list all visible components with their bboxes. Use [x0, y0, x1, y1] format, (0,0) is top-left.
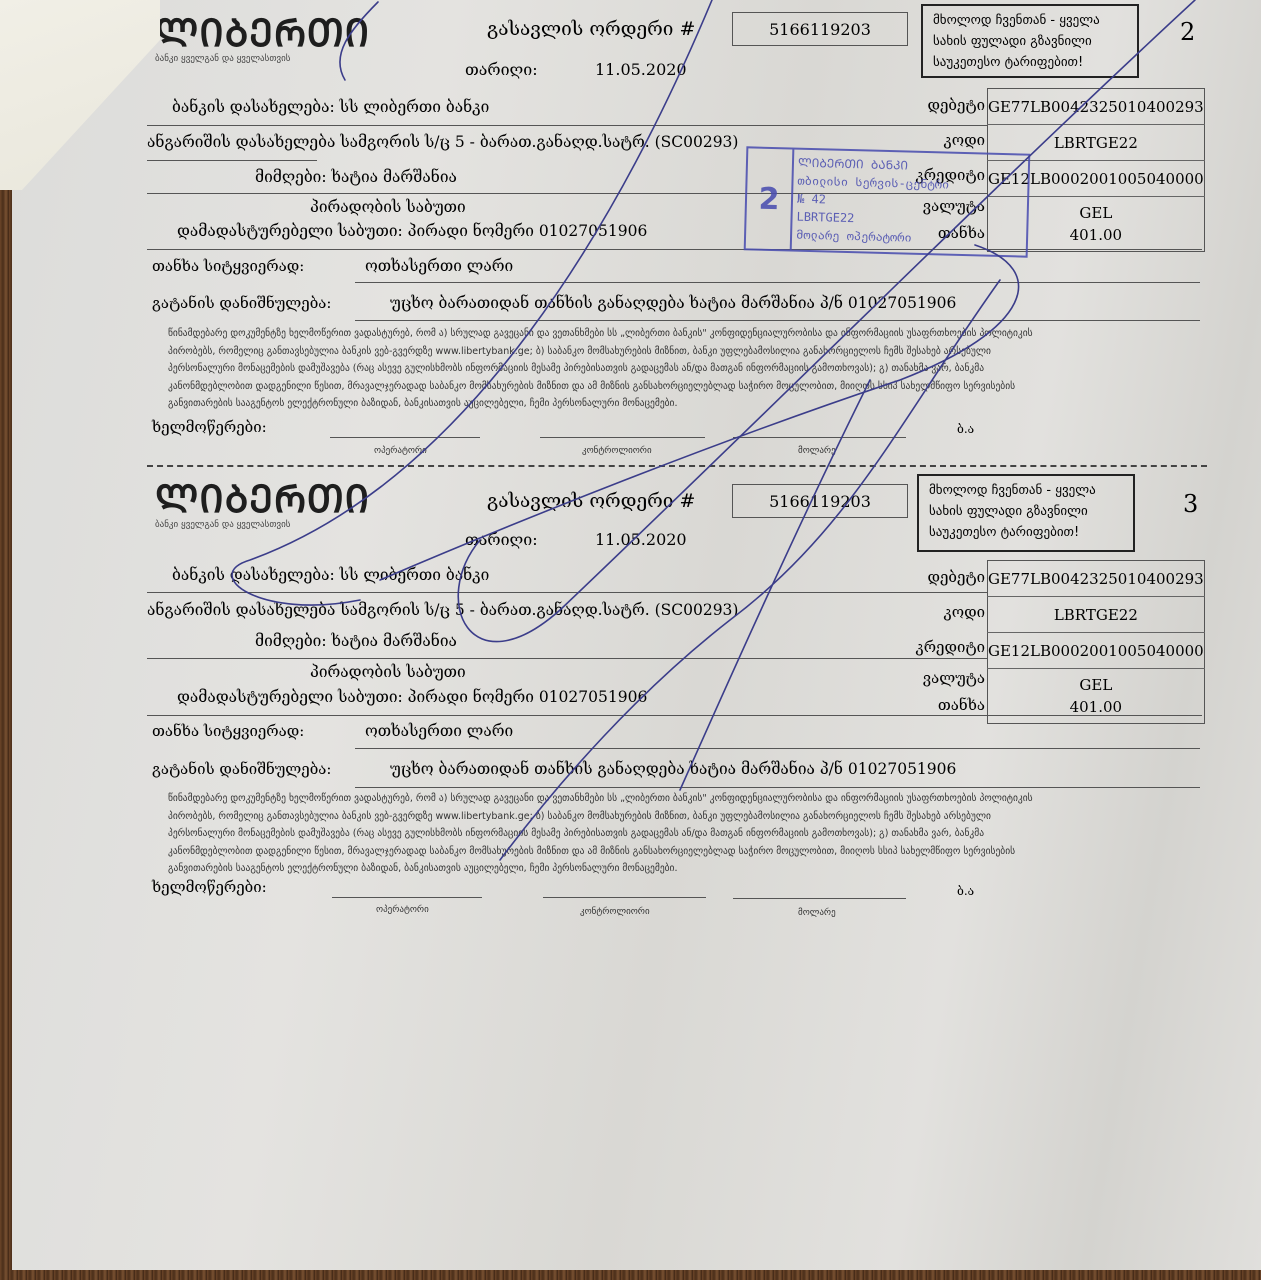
- date-label: თარიღი:: [465, 530, 538, 549]
- order-title: გასავლის ორდერი #: [487, 490, 695, 512]
- promo-line: სახის ფულადი გზავნილი: [929, 501, 1133, 522]
- divider: [355, 320, 1200, 321]
- disclaimer-line: წინამდებარე დოკუმენტზე ხელმოწერით ვადასტ…: [168, 325, 1228, 343]
- bank-name: ბანკის დასახელება: სს ლიბერთი ბანკი: [172, 98, 489, 116]
- bank-logo: ᲚᲘᲑᲔᲠᲗᲘ ბანკი ყველგან და ყველასთვის: [155, 14, 370, 64]
- disclaimer-line: კანონმდებლობით დადგენილი წესით, მრავალჯე…: [168, 378, 1228, 396]
- logo-wordmark: ᲚᲘᲑᲔᲠᲗᲘ: [155, 14, 370, 52]
- order-number: 5166119203: [732, 484, 908, 518]
- signature-line: [330, 437, 480, 438]
- amount-words-label: თანხა სიტყვიერად:: [152, 722, 304, 740]
- divider: [355, 282, 1200, 283]
- debit-value: GE77LB0042325010400293: [988, 89, 1205, 125]
- copy-number: 2: [1180, 18, 1195, 46]
- copy-number: 3: [1183, 490, 1198, 518]
- disclaimer-line: კანონმდებლობით დადგენილი წესით, მრავალჯე…: [168, 843, 1228, 861]
- cut-line: [147, 465, 1207, 467]
- signature-line: [733, 437, 906, 438]
- role-controller: კონტროლიორი: [582, 446, 652, 456]
- code-label: კოდი: [785, 595, 985, 630]
- disclaimer-line: განვითარების სააგენტოს ელექტრონული ბაზიდ…: [168, 395, 1228, 413]
- amount-label: თანხა: [785, 692, 985, 719]
- id-doc-title: პირადობის საბუთი: [310, 663, 466, 681]
- receiver: მიმღები: ხატია მარშანია: [255, 168, 457, 186]
- order-number: 5166119203: [732, 12, 908, 46]
- logo-tagline: ბანკი ყველგან და ყველასთვის: [155, 54, 370, 64]
- promo-box: მხოლოდ ჩვენთან - ყველა სახის ფულადი გზავ…: [921, 4, 1139, 78]
- credit-value: GE12LB0002001005040000: [988, 633, 1205, 669]
- id-doc: დამადასტურებელი საბუთი: პირადი ნომერი 01…: [177, 688, 647, 706]
- bank-stamp: 2 ᲚᲘᲑᲔᲠᲗᲘ ᲑᲐᲜᲙᲘ თბილისი სერვის-ცენტრი № …: [744, 146, 1031, 257]
- currency-amount-cell: GEL 401.00: [988, 669, 1205, 724]
- purpose-label: გატანის დანიშნულება:: [152, 760, 331, 778]
- signature-line: [540, 437, 705, 438]
- disclaimer-line: პირობებს, რომელიც განთავსებულია ბანკის ვ…: [168, 808, 1228, 826]
- divider: [355, 748, 1200, 749]
- promo-line: საუკეთესო ტარიფებით!: [933, 52, 1137, 73]
- account-details-table: GE77LB0042325010400293 LBRTGE22 GE12LB00…: [987, 560, 1205, 724]
- logo-wordmark: ᲚᲘᲑᲔᲠᲗᲘ: [155, 480, 370, 518]
- disclaimer-line: წინამდებარე დოკუმენტზე ხელმოწერით ვადასტ…: [168, 790, 1228, 808]
- signature-line: [543, 897, 706, 898]
- disclaimer: წინამდებარე დოკუმენტზე ხელმოწერით ვადასტ…: [168, 790, 1228, 878]
- bank-logo: ᲚᲘᲑᲔᲠᲗᲘ ბანკი ყველგან და ყველასთვის: [155, 480, 370, 530]
- order-title: გასავლის ორდერი #: [487, 18, 695, 40]
- disclaimer-line: პერსონალური მონაცემების დამუშავება (რაც …: [168, 825, 1228, 843]
- credit-label: კრედიტი: [785, 630, 985, 665]
- account-name: ანგარიშის დასახელება სამგორის ს/ც 5 - ბა…: [147, 133, 738, 151]
- disclaimer-line: პერსონალური მონაცემების დამუშავება (რაც …: [168, 360, 1228, 378]
- amount-words: ოთხასერთი ლარი: [365, 257, 513, 275]
- account-name: ანგარიშის დასახელება სამგორის ს/ც 5 - ბა…: [147, 601, 738, 619]
- bank-name: ბანკის დასახელება: სს ლიბერთი ბანკი: [172, 566, 489, 584]
- date-label: თარიღი:: [465, 60, 538, 79]
- purpose: უცხო ბარათიდან თანხის განაღდება ხატია მა…: [390, 294, 956, 312]
- logo-tagline: ბანკი ყველგან და ყველასთვის: [155, 520, 370, 530]
- amount-words: ოთხასერთი ლარი: [365, 722, 513, 740]
- role-operator: ოპერატორი: [376, 905, 429, 915]
- promo-line: მხოლოდ ჩვენთან - ყველა: [933, 10, 1137, 31]
- disclaimer-line: განვითარების სააგენტოს ელექტრონული ბაზიდ…: [168, 860, 1228, 878]
- disclaimer: წინამდებარე დოკუმენტზე ხელმოწერით ვადასტ…: [168, 325, 1228, 413]
- stamp-line: მოლარე ოპერატორი: [796, 226, 948, 248]
- amount-value: 401.00: [988, 696, 1204, 718]
- debit-label: დებეტი: [785, 560, 985, 595]
- role-operator: ოპერატორი: [374, 446, 427, 456]
- stamp-number: 2: [746, 148, 795, 249]
- role-cashier: მოლარე: [798, 446, 836, 456]
- signatures-label: ხელმოწერები:: [152, 878, 267, 896]
- divider: [147, 160, 317, 161]
- id-doc: დამადასტურებელი საბუთი: პირადი ნომერი 01…: [177, 222, 647, 240]
- code-value: LBRTGE22: [988, 597, 1205, 633]
- stamp-text: ᲚᲘᲑᲔᲠᲗᲘ ᲑᲐᲜᲙᲘ თბილისი სერვის-ცენტრი № 42…: [796, 154, 950, 248]
- promo-line: საუკეთესო ტარიფებით!: [929, 522, 1133, 543]
- role-controller: კონტროლიორი: [580, 907, 650, 917]
- right-field-labels: დებეტი კოდი კრედიტი ვალუტა თანხა: [785, 560, 985, 719]
- currency-label: ვალუტა: [785, 665, 985, 692]
- promo-line: სახის ფულადი გზავნილი: [933, 31, 1137, 52]
- signature-line: [733, 898, 906, 899]
- seal-abbr: ბ.ა: [957, 884, 974, 898]
- currency-value: GEL: [988, 674, 1204, 696]
- amount-words-label: თანხა სიტყვიერად:: [152, 257, 304, 275]
- purpose-label: გატანის დანიშნულება:: [152, 294, 331, 312]
- date-value: 11.05.2020: [595, 530, 687, 549]
- signatures-label: ხელმოწერები:: [152, 418, 267, 436]
- seal-abbr: ბ.ა: [957, 422, 974, 436]
- disclaimer-line: პირობებს, რომელიც განთავსებულია ბანკის ვ…: [168, 343, 1228, 361]
- debit-label: დებეტი: [785, 88, 985, 123]
- purpose: უცხო ბარათიდან თანხის განაღდება ხატია მა…: [390, 760, 956, 778]
- receiver: მიმღები: ხატია მარშანია: [255, 632, 457, 650]
- signature-line: [332, 897, 482, 898]
- divider: [355, 787, 1200, 788]
- date-value: 11.05.2020: [595, 60, 687, 79]
- role-cashier: მოლარე: [798, 908, 836, 918]
- id-doc-title: პირადობის საბუთი: [310, 198, 466, 216]
- debit-value: GE77LB0042325010400293: [988, 561, 1205, 597]
- promo-line: მხოლოდ ჩვენთან - ყველა: [929, 480, 1133, 501]
- promo-box: მხოლოდ ჩვენთან - ყველა სახის ფულადი გზავ…: [917, 474, 1135, 552]
